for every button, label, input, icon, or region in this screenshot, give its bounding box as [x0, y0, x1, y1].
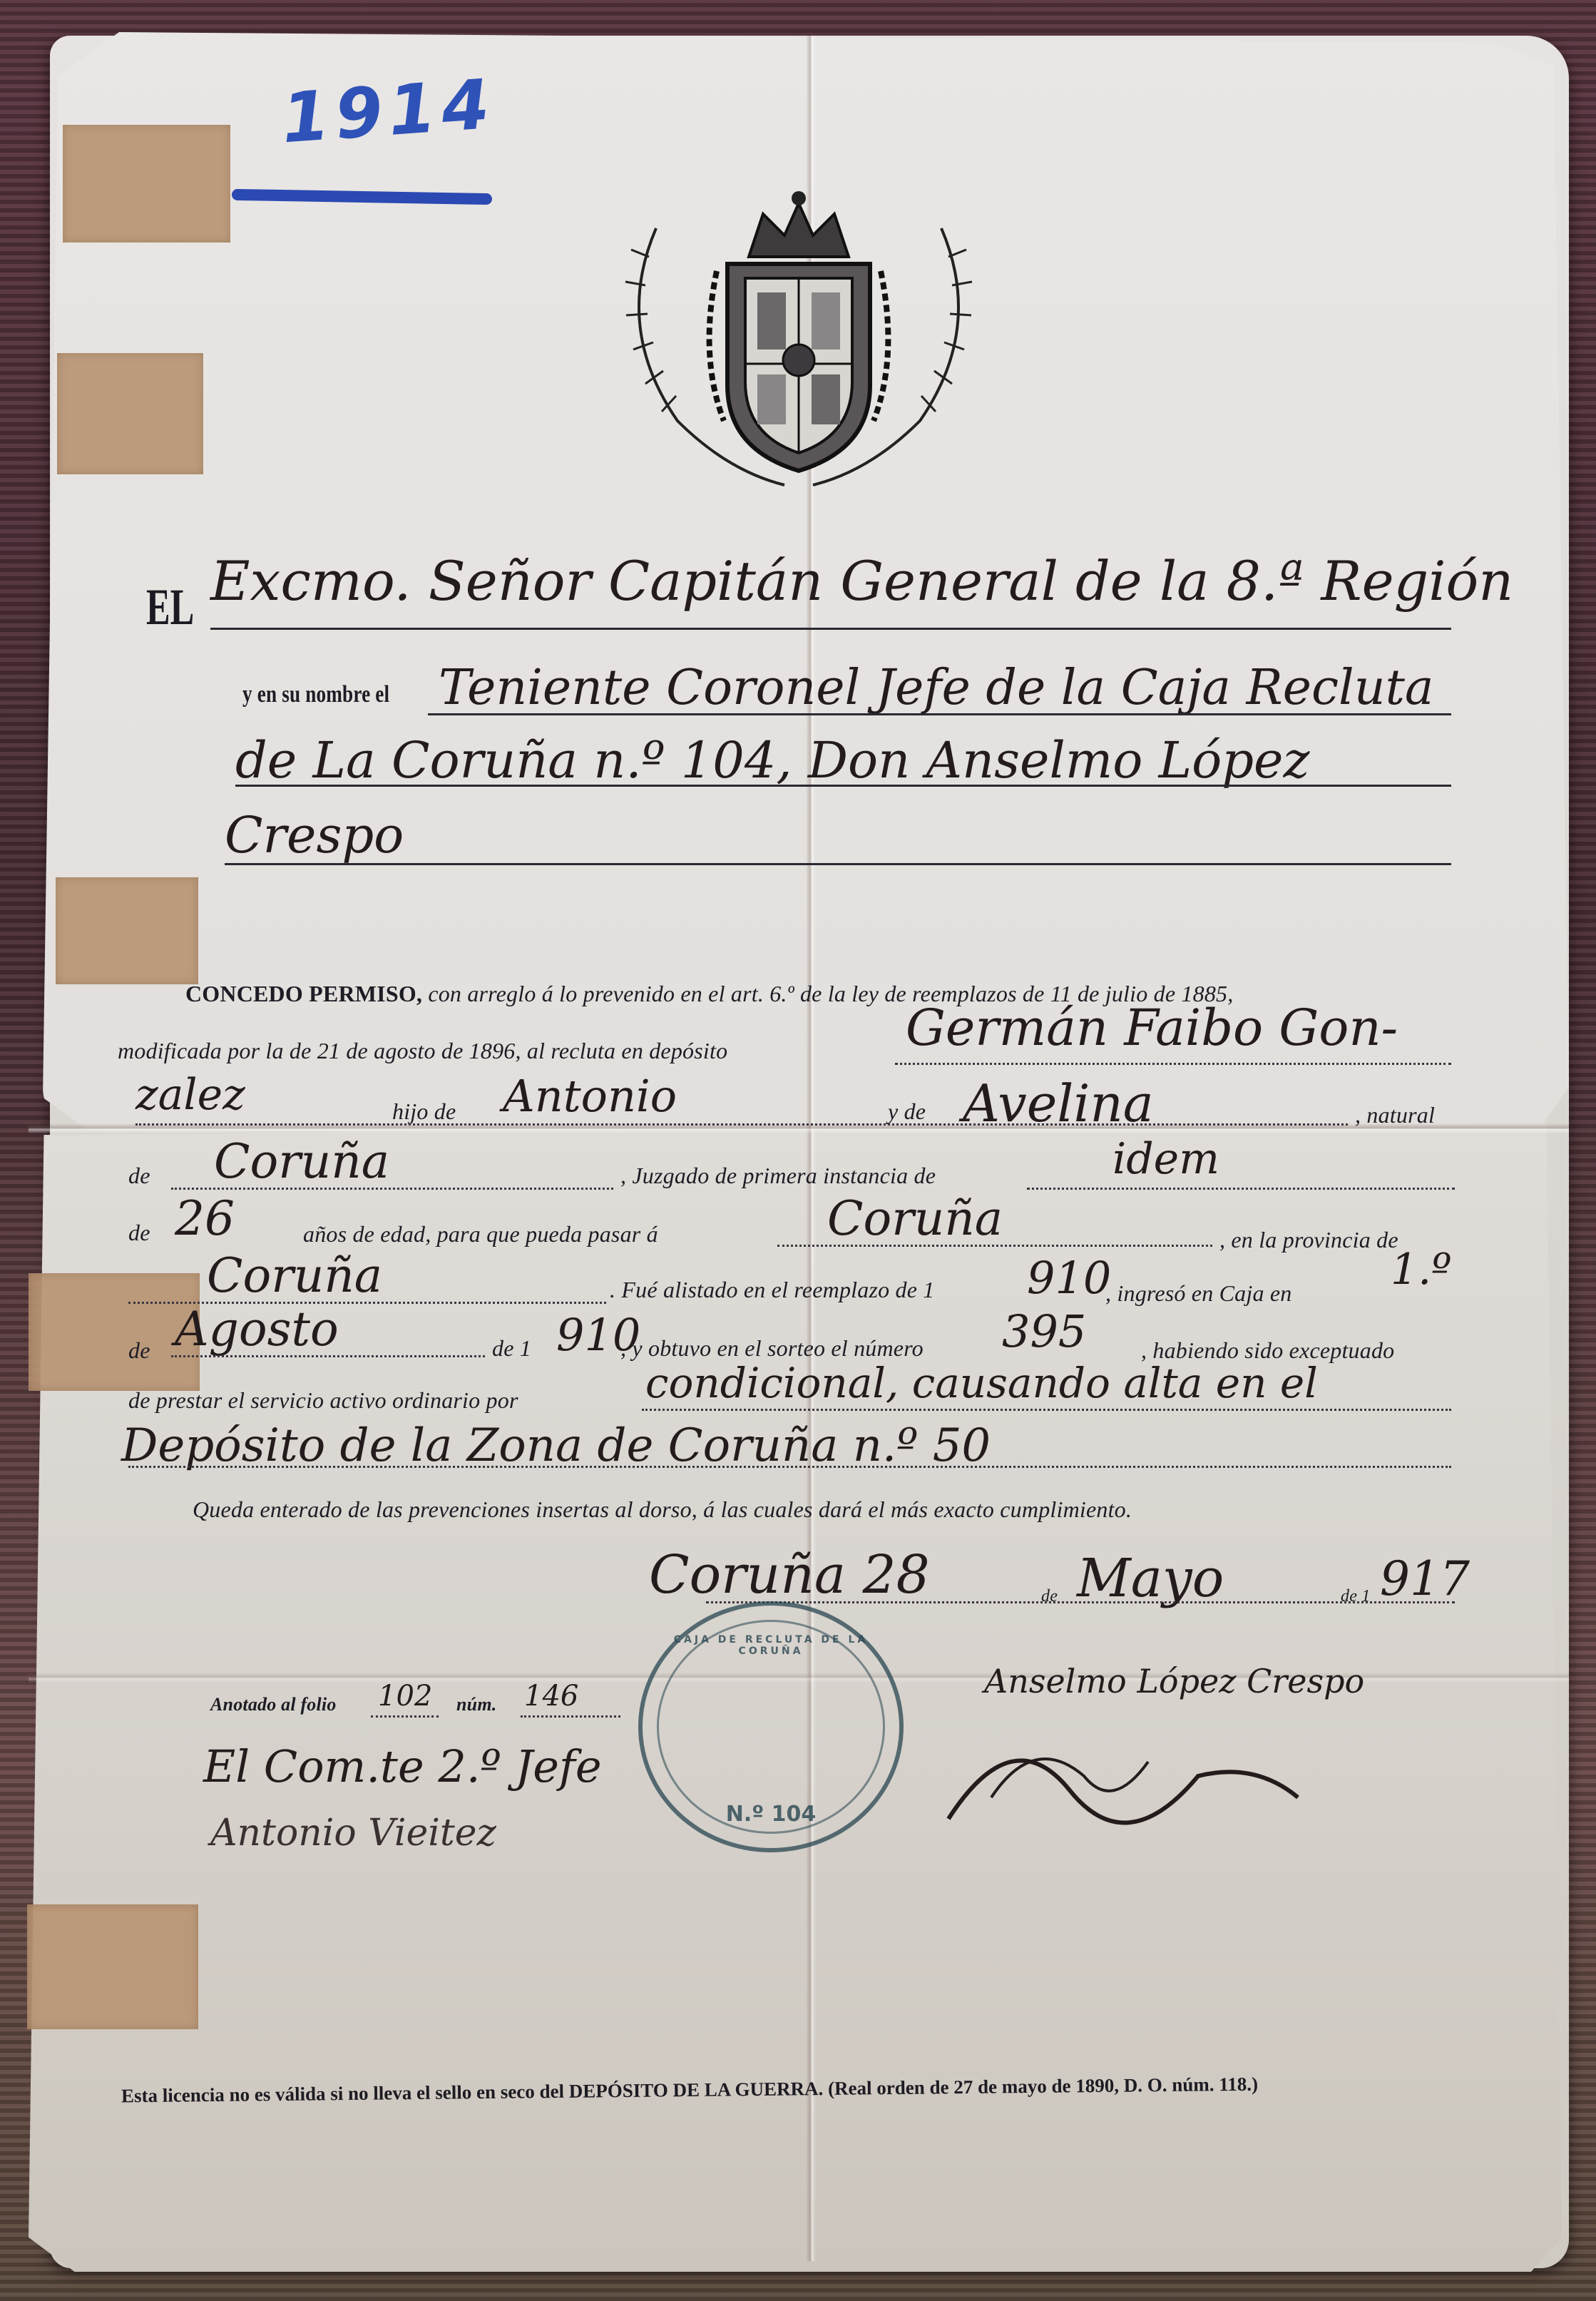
rule [225, 863, 1451, 865]
year-annotation: 1914 [279, 64, 497, 159]
stamp-number: N.º 104 [643, 1802, 899, 1827]
recruit-name: Germán Faibo Gon- [906, 999, 1398, 1057]
reemplazo-year: 910 [1027, 1252, 1111, 1304]
official-title: El Com.te 2.º Jefe [203, 1740, 602, 1792]
registry-number: 146 [524, 1680, 578, 1713]
dotted-line [171, 1188, 613, 1190]
exemption-reason: condicional, causando alta en el [645, 1359, 1318, 1407]
de-label: de [128, 1220, 150, 1246]
age-label: años de edad, para que pueda pasar á [303, 1221, 658, 1248]
tape-strip [27, 1904, 198, 2029]
tape-strip [29, 1273, 200, 1391]
rule [235, 785, 1451, 787]
dotted-line [371, 1715, 439, 1718]
date-year: 917 [1380, 1551, 1470, 1606]
concedo-caps: CONCEDO PERMISO, [185, 981, 422, 1006]
birthplace: Coruña [214, 1134, 389, 1189]
sorteo-number: 395 [1002, 1305, 1086, 1357]
surname-handwritten: Crespo [225, 806, 404, 864]
alistado-label: . Fué alistado en el reemplazo de 1 [610, 1277, 935, 1303]
signature-flourish-icon [927, 1690, 1326, 1847]
authority-handwritten: Excmo. Señor Capitán General de la 8.ª R… [210, 549, 1513, 613]
tape-strip [56, 877, 198, 984]
dotted-line [642, 1409, 1451, 1411]
tape-strip [57, 353, 203, 474]
de-label: de [128, 1163, 150, 1189]
date-place-day: Coruña 28 [649, 1544, 930, 1606]
delegate-handwritten: Teniente Coronel Jefe de la Caja Recluta [439, 660, 1433, 716]
caja-day: 1.º [1391, 1245, 1451, 1295]
date-month: Mayo [1077, 1548, 1224, 1609]
destination: Coruña [827, 1191, 1003, 1246]
sorteo-label: , y obtuvo en el sorteo el número [620, 1335, 924, 1362]
modificada-line: modificada por la de 21 de agosto de 189… [118, 1038, 727, 1064]
dotted-line [895, 1063, 1451, 1065]
year-label: de 1 [492, 1335, 531, 1362]
el-prefix: EL [146, 578, 194, 637]
official-signature: Antonio Vieitez [210, 1812, 496, 1854]
folio-number: 102 [378, 1680, 432, 1713]
rule [428, 713, 1451, 715]
dotted-line [777, 1245, 1212, 1247]
dotted-line [706, 1601, 1455, 1603]
caja-label: , ingresó en Caja en [1105, 1280, 1291, 1307]
province: Coruña [207, 1248, 382, 1303]
coat-of-arms-icon [599, 185, 998, 514]
age-value: 26 [175, 1191, 235, 1246]
rule [210, 628, 1451, 630]
father-name: Antonio [503, 1070, 677, 1122]
provincia-label: , en la provincia de [1219, 1227, 1398, 1253]
juzgado-label: , Juzgado de primera instancia de [620, 1163, 936, 1189]
official-stamp: CAJA DE RECLUTA DE LA CORUÑA N.º 104 [638, 1601, 904, 1852]
de-label: de [128, 1337, 150, 1364]
hijo-de-label: hijo de [392, 1098, 456, 1125]
dotted-line [171, 1355, 485, 1357]
caja-month: Agosto [175, 1302, 339, 1357]
deposit-assignment: Depósito de la Zona de Coruña n.º 50 [121, 1419, 991, 1472]
recruit-name-cont: zalez [135, 1070, 245, 1120]
natural-label: , natural [1355, 1102, 1435, 1128]
stamp-text: CAJA DE RECLUTA DE LA CORUÑA [643, 1634, 899, 1657]
juzgado-value: idem [1112, 1134, 1219, 1184]
dotted-line [1027, 1188, 1455, 1190]
dotted-line [135, 1123, 1348, 1126]
tape-strip [63, 125, 230, 243]
dotted-line [521, 1715, 620, 1718]
printed-delegate-label: y en su nombre el [242, 681, 389, 708]
num-label: núm. [456, 1694, 496, 1715]
office-handwritten: de La Coruña n.º 104, Don Anselmo López [235, 731, 1309, 790]
y-de-label: y de [888, 1098, 926, 1125]
quedan-notice: Queda enterado de las prevenciones inser… [193, 1496, 1132, 1523]
dotted-line [128, 1466, 1451, 1468]
anotado-label: Anotado al folio [210, 1694, 337, 1715]
prestar-label: de prestar el servicio activo ordinario … [128, 1387, 518, 1414]
